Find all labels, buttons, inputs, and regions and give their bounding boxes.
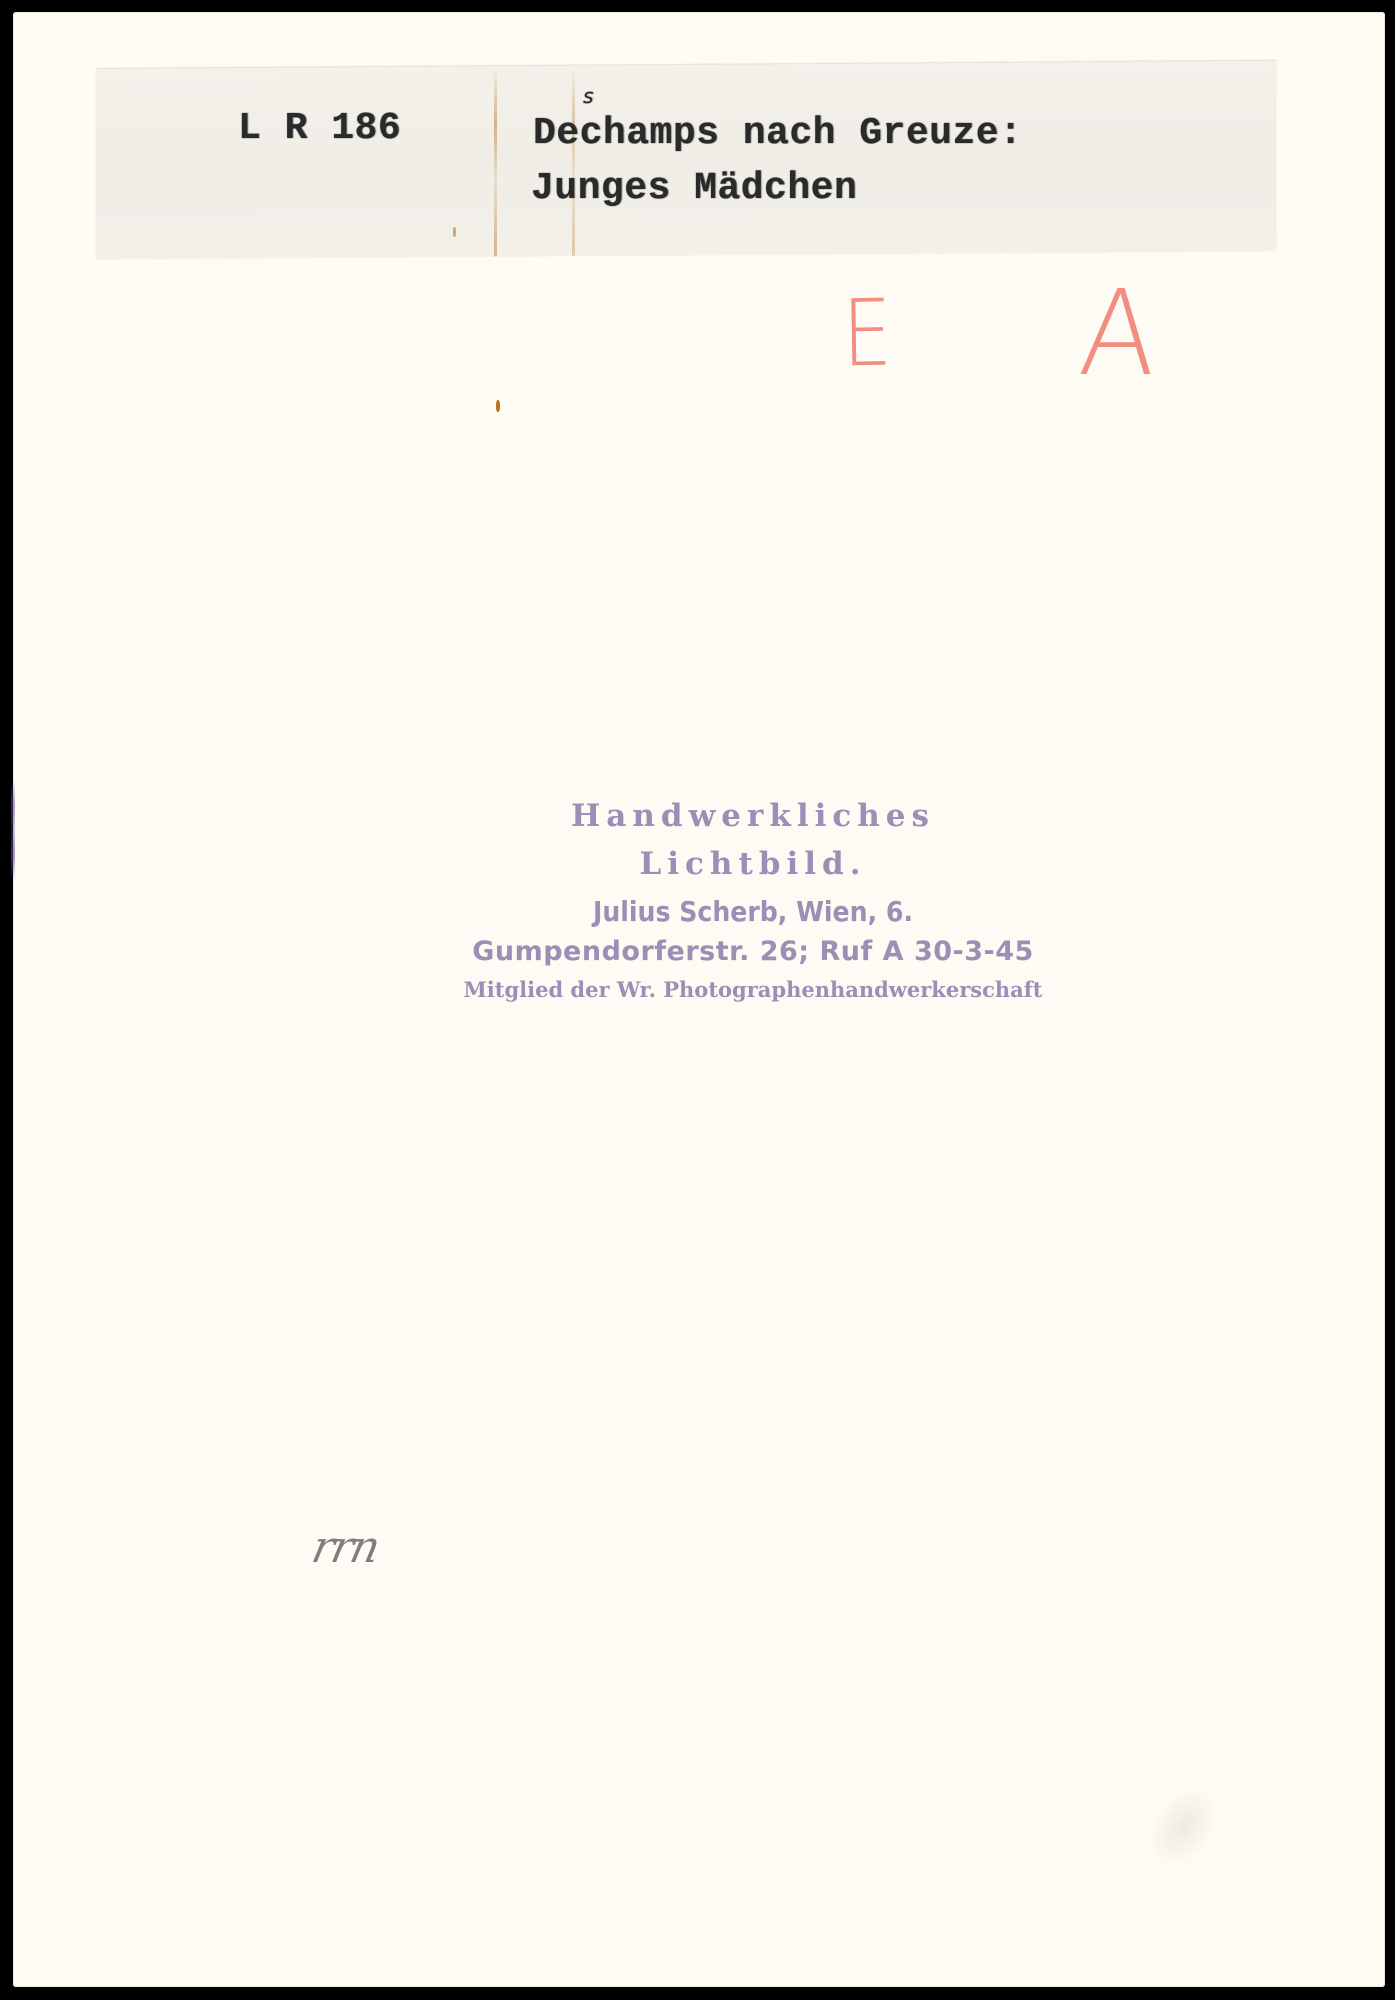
typed-correction-mark: s (583, 84, 594, 108)
stamp-line-2: Julius Scherb, Wien, 6. (453, 892, 1053, 932)
typed-label-strip (96, 60, 1276, 259)
edge-ink-mark (11, 780, 15, 880)
pencil-mark-e: E (842, 280, 893, 388)
artwork-attribution: Dechamps nach Greuze: (533, 112, 1022, 155)
artwork-title: Junges Mädchen (531, 167, 857, 210)
pencil-mark-a: A (1075, 264, 1161, 402)
photographer-stamp: Handwerkliches Lichtbild. Julius Scherb,… (453, 792, 1053, 1008)
pencil-smudge (1133, 1773, 1234, 1881)
paper-fold-stain (572, 66, 575, 256)
stamp-line-4: Mitglied der Wr. Photographenhandwerkers… (453, 972, 1053, 1008)
stain-speck (496, 400, 500, 412)
handwritten-note: rrn (308, 1522, 383, 1573)
stamp-line-1: Handwerkliches Lichtbild. (453, 792, 1053, 888)
stain-speck (453, 227, 456, 237)
stamp-line-3: Gumpendorferstr. 26; Ruf A 30-3-45 (453, 932, 1053, 972)
inventory-number: L R 186 (238, 107, 401, 150)
paper-fold-stain (494, 66, 497, 256)
photo-verso-sheet: L R 186 s Dechamps nach Greuze: Junges M… (13, 12, 1385, 1987)
